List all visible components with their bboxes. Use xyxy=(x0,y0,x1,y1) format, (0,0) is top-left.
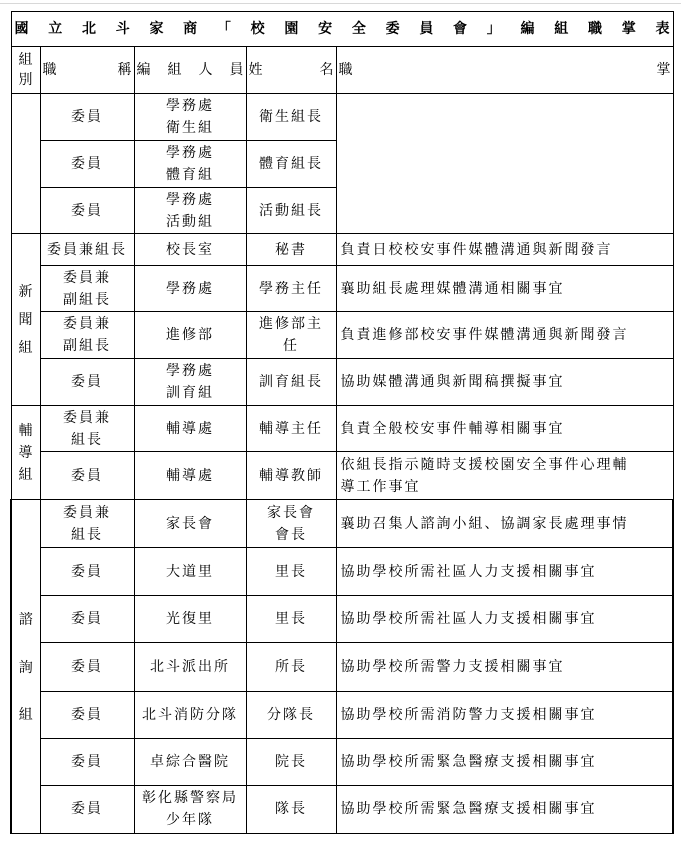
title-cell-line: 委員兼 xyxy=(41,502,134,524)
member-cell-line: 學務處 xyxy=(135,142,246,164)
member-cell: 校長室 xyxy=(134,234,246,266)
title-char: 園 xyxy=(284,18,298,40)
duty-cell: 協助學校所需消防警力支援相關事宜 xyxy=(336,691,673,738)
name-cell: 里長 xyxy=(246,548,336,596)
title-char: 校 xyxy=(251,18,265,40)
title-cell-line: 委員兼 xyxy=(41,407,134,429)
duty-cell: 依組長指示隨時支援校園安全事件心理輔導工作事宜 xyxy=(336,452,673,500)
title-char: 商 xyxy=(183,18,197,40)
name-cell: 訓育組長 xyxy=(246,359,336,406)
table-row: 委員兼副組長進修部進修部主任負責進修部校安事件媒體溝通與新聞發言 xyxy=(11,312,673,359)
member-cell: 家長會 xyxy=(134,500,246,548)
name-cell: 衛生組長 xyxy=(246,94,336,141)
member-cell: 彰化縣警察局少年隊 xyxy=(134,785,246,833)
member-cell-line: 學務處 xyxy=(135,278,246,300)
group-label-char: 聞 xyxy=(12,306,40,334)
header-title-char: 職 xyxy=(43,59,57,81)
member-cell-line: 少年隊 xyxy=(135,809,246,831)
member-cell-line: 衛生組 xyxy=(135,117,246,139)
title-cell: 委員 xyxy=(40,452,134,500)
member-cell-line: 進修部 xyxy=(135,324,246,346)
group-label-char: 諮 xyxy=(12,609,40,631)
member-cell-line: 體育組 xyxy=(135,164,246,186)
member-cell-line: 彰化縣警察局 xyxy=(135,787,246,809)
duty-cell-line: 襄助召集人諮詢小組、協調家長處理事情 xyxy=(341,513,673,535)
duty-cell: 負責進修部校安事件媒體溝通與新聞發言 xyxy=(336,312,673,359)
title-cell: 委員 xyxy=(40,643,134,691)
name-cell: 體育組長 xyxy=(246,141,336,188)
title-char: 立 xyxy=(48,18,62,40)
table-row: 委員光復里里長協助學校所需社區人力支援相關事宜 xyxy=(11,596,673,643)
duty-cell-line: 導工作事宜 xyxy=(341,476,673,498)
table-row: 委員學務處衛生組衛生組長 xyxy=(11,94,673,141)
member-cell: 輔導處 xyxy=(134,452,246,500)
name-cell: 秘書 xyxy=(246,234,336,266)
name-cell-line: 輔導主任 xyxy=(247,418,336,440)
duty-cell-line: 協助媒體溝通與新聞稿撰擬事宜 xyxy=(341,371,673,393)
title-cell: 委員兼組長 xyxy=(40,500,134,548)
member-cell-line: 活動組 xyxy=(135,211,246,233)
title-char: 全 xyxy=(352,18,366,40)
title-char: 國 xyxy=(15,18,29,40)
title-char: 斗 xyxy=(116,18,130,40)
group-label-char: 詢 xyxy=(12,657,40,679)
title-cell: 委員 xyxy=(40,188,134,234)
name-cell-line: 家長會 xyxy=(247,502,336,524)
title-cell-line: 組長 xyxy=(41,524,134,546)
member-cell: 光復里 xyxy=(134,596,246,643)
duty-cell: 協助媒體溝通與新聞稿撰擬事宜 xyxy=(336,359,673,406)
header-name: 姓 名 xyxy=(246,47,336,94)
header-title: 職 稱 xyxy=(40,47,134,94)
title-cell-line: 委員 xyxy=(41,751,134,773)
title-cell-line: 委員 xyxy=(41,561,134,583)
title-char: 安 xyxy=(318,18,332,40)
header-member-char: 員 xyxy=(230,59,244,81)
group-label-char: 組 xyxy=(12,464,40,486)
header-duty-char: 掌 xyxy=(657,59,671,81)
member-cell-line: 大道里 xyxy=(135,561,246,583)
name-cell: 所長 xyxy=(246,643,336,691)
title-char: 會 xyxy=(453,18,467,40)
duty-cell-line: 協助學校所需緊急醫療支援相關事宜 xyxy=(341,798,673,820)
title-cell-line: 組長 xyxy=(41,429,134,451)
member-cell-line: 北斗派出所 xyxy=(135,656,246,678)
duty-table: 國立北斗家商「校園安全委員會」編組職掌表 組 別 職 稱 編 組 人 員 xyxy=(10,11,674,834)
name-cell-line: 衛生組長 xyxy=(247,106,336,128)
name-cell-line: 任 xyxy=(247,335,336,357)
duty-cell: 襄助召集人諮詢小組、協調家長處理事情 xyxy=(336,500,673,548)
member-cell-line: 訓育組 xyxy=(135,382,246,404)
duty-cell-line: 負責日校校安事件媒體溝通與新聞發言 xyxy=(341,239,673,261)
title-cell: 委員 xyxy=(40,785,134,833)
title-cell-line: 副組長 xyxy=(41,335,134,357)
member-cell-line: 輔導處 xyxy=(135,418,246,440)
title-cell-line: 委員 xyxy=(41,371,134,393)
name-cell: 家長會會長 xyxy=(246,500,336,548)
title-char: 北 xyxy=(82,18,96,40)
title-cell: 委員 xyxy=(40,691,134,738)
duty-cell: 協助學校所需緊急醫療支援相關事宜 xyxy=(336,738,673,785)
title-cell-line: 委員 xyxy=(41,465,134,487)
title-char: 掌 xyxy=(622,18,636,40)
member-cell-line: 校長室 xyxy=(135,239,246,261)
group-label-char: 組 xyxy=(12,334,40,362)
duty-cell-line: 負責全般校安事件輔導相關事宜 xyxy=(341,418,673,440)
duty-cell: 協助學校所需社區人力支援相關事宜 xyxy=(336,548,673,596)
title-row: 國立北斗家商「校園安全委員會」編組職掌表 xyxy=(11,12,673,47)
title-cell: 委員 xyxy=(40,141,134,188)
member-cell-line: 學務處 xyxy=(135,189,246,211)
group-label-char: 組 xyxy=(12,704,40,726)
name-cell: 分隊長 xyxy=(246,691,336,738)
table-row: 輔導組委員兼組長輔導處輔導主任負責全般校安事件輔導相關事宜 xyxy=(11,406,673,452)
group-label-char: 新 xyxy=(12,278,40,306)
title-cell-line: 委員 xyxy=(41,704,134,726)
name-cell: 輔導教師 xyxy=(246,452,336,500)
header-group-char: 別 xyxy=(12,70,40,90)
duty-cell: 協助學校所需社區人力支援相關事宜 xyxy=(336,596,673,643)
header-name-char: 姓 xyxy=(249,59,263,81)
title-cell: 委員 xyxy=(40,548,134,596)
duty-cell: 協助學校所需警力支援相關事宜 xyxy=(336,643,673,691)
header-duty-char: 職 xyxy=(339,59,353,81)
name-cell-line: 隊長 xyxy=(247,798,336,820)
group-label-char: 輔 xyxy=(12,420,40,442)
duty-cell-line: 負責進修部校安事件媒體溝通與新聞發言 xyxy=(341,324,673,346)
title-cell: 委員 xyxy=(40,738,134,785)
group-label-char: 導 xyxy=(12,442,40,464)
header-duty: 職 掌 xyxy=(336,47,673,94)
duty-cell: 協助學校所需緊急醫療支援相關事宜 xyxy=(336,785,673,833)
member-cell: 大道里 xyxy=(134,548,246,596)
table-row: 委員學務處訓育組訓育組長協助媒體溝通與新聞稿撰擬事宜 xyxy=(11,359,673,406)
title-cell-line: 副組長 xyxy=(41,289,134,311)
header-member: 編 組 人 員 xyxy=(134,47,246,94)
name-cell: 輔導主任 xyxy=(246,406,336,452)
name-cell-line: 里長 xyxy=(247,608,336,630)
duty-cell-line: 協助學校所需消防警力支援相關事宜 xyxy=(341,704,673,726)
duty-cell: 負責全般校安事件輔導相關事宜 xyxy=(336,406,673,452)
duty-cell-line: 襄助組長處理媒體溝通相關事宜 xyxy=(341,278,673,300)
header-member-char: 人 xyxy=(199,59,213,81)
name-cell-line: 所長 xyxy=(247,656,336,678)
title-cell-line: 委員兼 xyxy=(41,313,134,335)
member-cell-line: 學務處 xyxy=(135,360,246,382)
duty-cell xyxy=(336,94,673,234)
name-cell-line: 體育組長 xyxy=(247,153,336,175)
title-cell-line: 委員 xyxy=(41,153,134,175)
duty-cell-line: 協助學校所需緊急醫療支援相關事宜 xyxy=(341,751,673,773)
member-cell: 北斗消防分隊 xyxy=(134,691,246,738)
name-cell-line: 分隊長 xyxy=(247,704,336,726)
name-cell-line: 學務主任 xyxy=(247,278,336,300)
header-member-char: 組 xyxy=(168,59,182,81)
table-row: 委員北斗派出所所長協助學校所需警力支援相關事宜 xyxy=(11,643,673,691)
title-char: 」 xyxy=(487,18,501,40)
member-cell-line: 光復里 xyxy=(135,608,246,630)
title-cell: 委員 xyxy=(40,596,134,643)
title-cell-line: 委員 xyxy=(41,106,134,128)
duty-cell: 負責日校校安事件媒體溝通與新聞發言 xyxy=(336,234,673,266)
header-member-char: 編 xyxy=(137,59,151,81)
name-cell: 里長 xyxy=(246,596,336,643)
name-cell-line: 院長 xyxy=(247,751,336,773)
header-group: 組 別 xyxy=(11,47,40,94)
title-cell-line: 委員 xyxy=(41,656,134,678)
name-cell: 進修部主任 xyxy=(246,312,336,359)
title-cell: 委員 xyxy=(40,94,134,141)
title-char: 家 xyxy=(149,18,163,40)
member-cell: 學務處訓育組 xyxy=(134,359,246,406)
title-char: 「 xyxy=(217,18,231,40)
title-char: 職 xyxy=(588,18,602,40)
table-row: 委員大道里里長協助學校所需社區人力支援相關事宜 xyxy=(11,548,673,596)
name-cell: 學務主任 xyxy=(246,266,336,312)
title-cell-line: 委員兼 xyxy=(41,267,134,289)
duty-cell-line: 協助學校所需社區人力支援相關事宜 xyxy=(341,608,673,630)
title-char: 表 xyxy=(655,18,669,40)
table-row: 委員北斗消防分隊分隊長協助學校所需消防警力支援相關事宜 xyxy=(11,691,673,738)
name-cell-line: 進修部主 xyxy=(247,313,336,335)
title-cell-line: 委員兼組長 xyxy=(41,239,134,261)
group-label-cell: 諮詢組 xyxy=(11,500,40,834)
member-cell-line: 北斗消防分隊 xyxy=(135,704,246,726)
name-cell: 院長 xyxy=(246,738,336,785)
title-char: 員 xyxy=(419,18,433,40)
title-cell: 委員兼組長 xyxy=(40,234,134,266)
member-cell: 學務處體育組 xyxy=(134,141,246,188)
name-cell: 活動組長 xyxy=(246,188,336,234)
title-cell: 委員 xyxy=(40,359,134,406)
header-group-char: 組 xyxy=(12,50,40,70)
title-char: 編 xyxy=(521,18,535,40)
table-title: 國立北斗家商「校園安全委員會」編組職掌表 xyxy=(11,12,673,47)
duty-cell-line: 協助學校所需警力支援相關事宜 xyxy=(341,656,673,678)
table-row: 新聞組委員兼組長校長室秘書負責日校校安事件媒體溝通與新聞發言 xyxy=(11,234,673,266)
member-cell-line: 學務處 xyxy=(135,95,246,117)
duty-cell-line: 依組長指示隨時支援校園安全事件心理輔 xyxy=(341,454,673,476)
table-row: 委員卓綜合醫院院長協助學校所需緊急醫療支援相關事宜 xyxy=(11,738,673,785)
header-row: 組 別 職 稱 編 組 人 員 姓 名 xyxy=(11,47,673,94)
name-cell-line: 會長 xyxy=(247,524,336,546)
table-row: 諮詢組委員兼組長家長會家長會會長襄助召集人諮詢小組、協調家長處理事情 xyxy=(11,500,673,548)
duty-cell-line: 協助學校所需社區人力支援相關事宜 xyxy=(341,561,673,583)
group-label-cell: 輔導組 xyxy=(11,406,40,500)
name-cell-line: 輔導教師 xyxy=(247,465,336,487)
duty-cell: 襄助組長處理媒體溝通相關事宜 xyxy=(336,266,673,312)
table-row: 委員輔導處輔導教師依組長指示隨時支援校園安全事件心理輔導工作事宜 xyxy=(11,452,673,500)
table-row: 委員彰化縣警察局少年隊隊長協助學校所需緊急醫療支援相關事宜 xyxy=(11,785,673,833)
header-name-char: 名 xyxy=(320,59,334,81)
header-title-char: 稱 xyxy=(118,59,132,81)
title-cell: 委員兼組長 xyxy=(40,406,134,452)
member-cell: 學務處 xyxy=(134,266,246,312)
title-cell-line: 委員 xyxy=(41,798,134,820)
title-cell: 委員兼副組長 xyxy=(40,312,134,359)
table-row: 委員兼副組長學務處學務主任襄助組長處理媒體溝通相關事宜 xyxy=(11,266,673,312)
group-label-cell xyxy=(11,94,40,234)
member-cell: 學務處衛生組 xyxy=(134,94,246,141)
name-cell: 隊長 xyxy=(246,785,336,833)
member-cell-line: 輔導處 xyxy=(135,465,246,487)
name-cell-line: 里長 xyxy=(247,561,336,583)
name-cell-line: 活動組長 xyxy=(247,200,336,222)
group-label-cell: 新聞組 xyxy=(11,234,40,406)
title-char: 組 xyxy=(554,18,568,40)
name-cell-line: 訓育組長 xyxy=(247,371,336,393)
title-cell: 委員兼副組長 xyxy=(40,266,134,312)
title-cell-line: 委員 xyxy=(41,608,134,630)
member-cell: 進修部 xyxy=(134,312,246,359)
member-cell-line: 卓綜合醫院 xyxy=(135,751,246,773)
title-cell-line: 委員 xyxy=(41,200,134,222)
member-cell: 卓綜合醫院 xyxy=(134,738,246,785)
page-top-rule xyxy=(0,3,681,4)
member-cell: 北斗派出所 xyxy=(134,643,246,691)
title-char: 委 xyxy=(386,18,400,40)
member-cell: 輔導處 xyxy=(134,406,246,452)
name-cell-line: 秘書 xyxy=(247,239,336,261)
member-cell-line: 家長會 xyxy=(135,513,246,535)
member-cell: 學務處活動組 xyxy=(134,188,246,234)
